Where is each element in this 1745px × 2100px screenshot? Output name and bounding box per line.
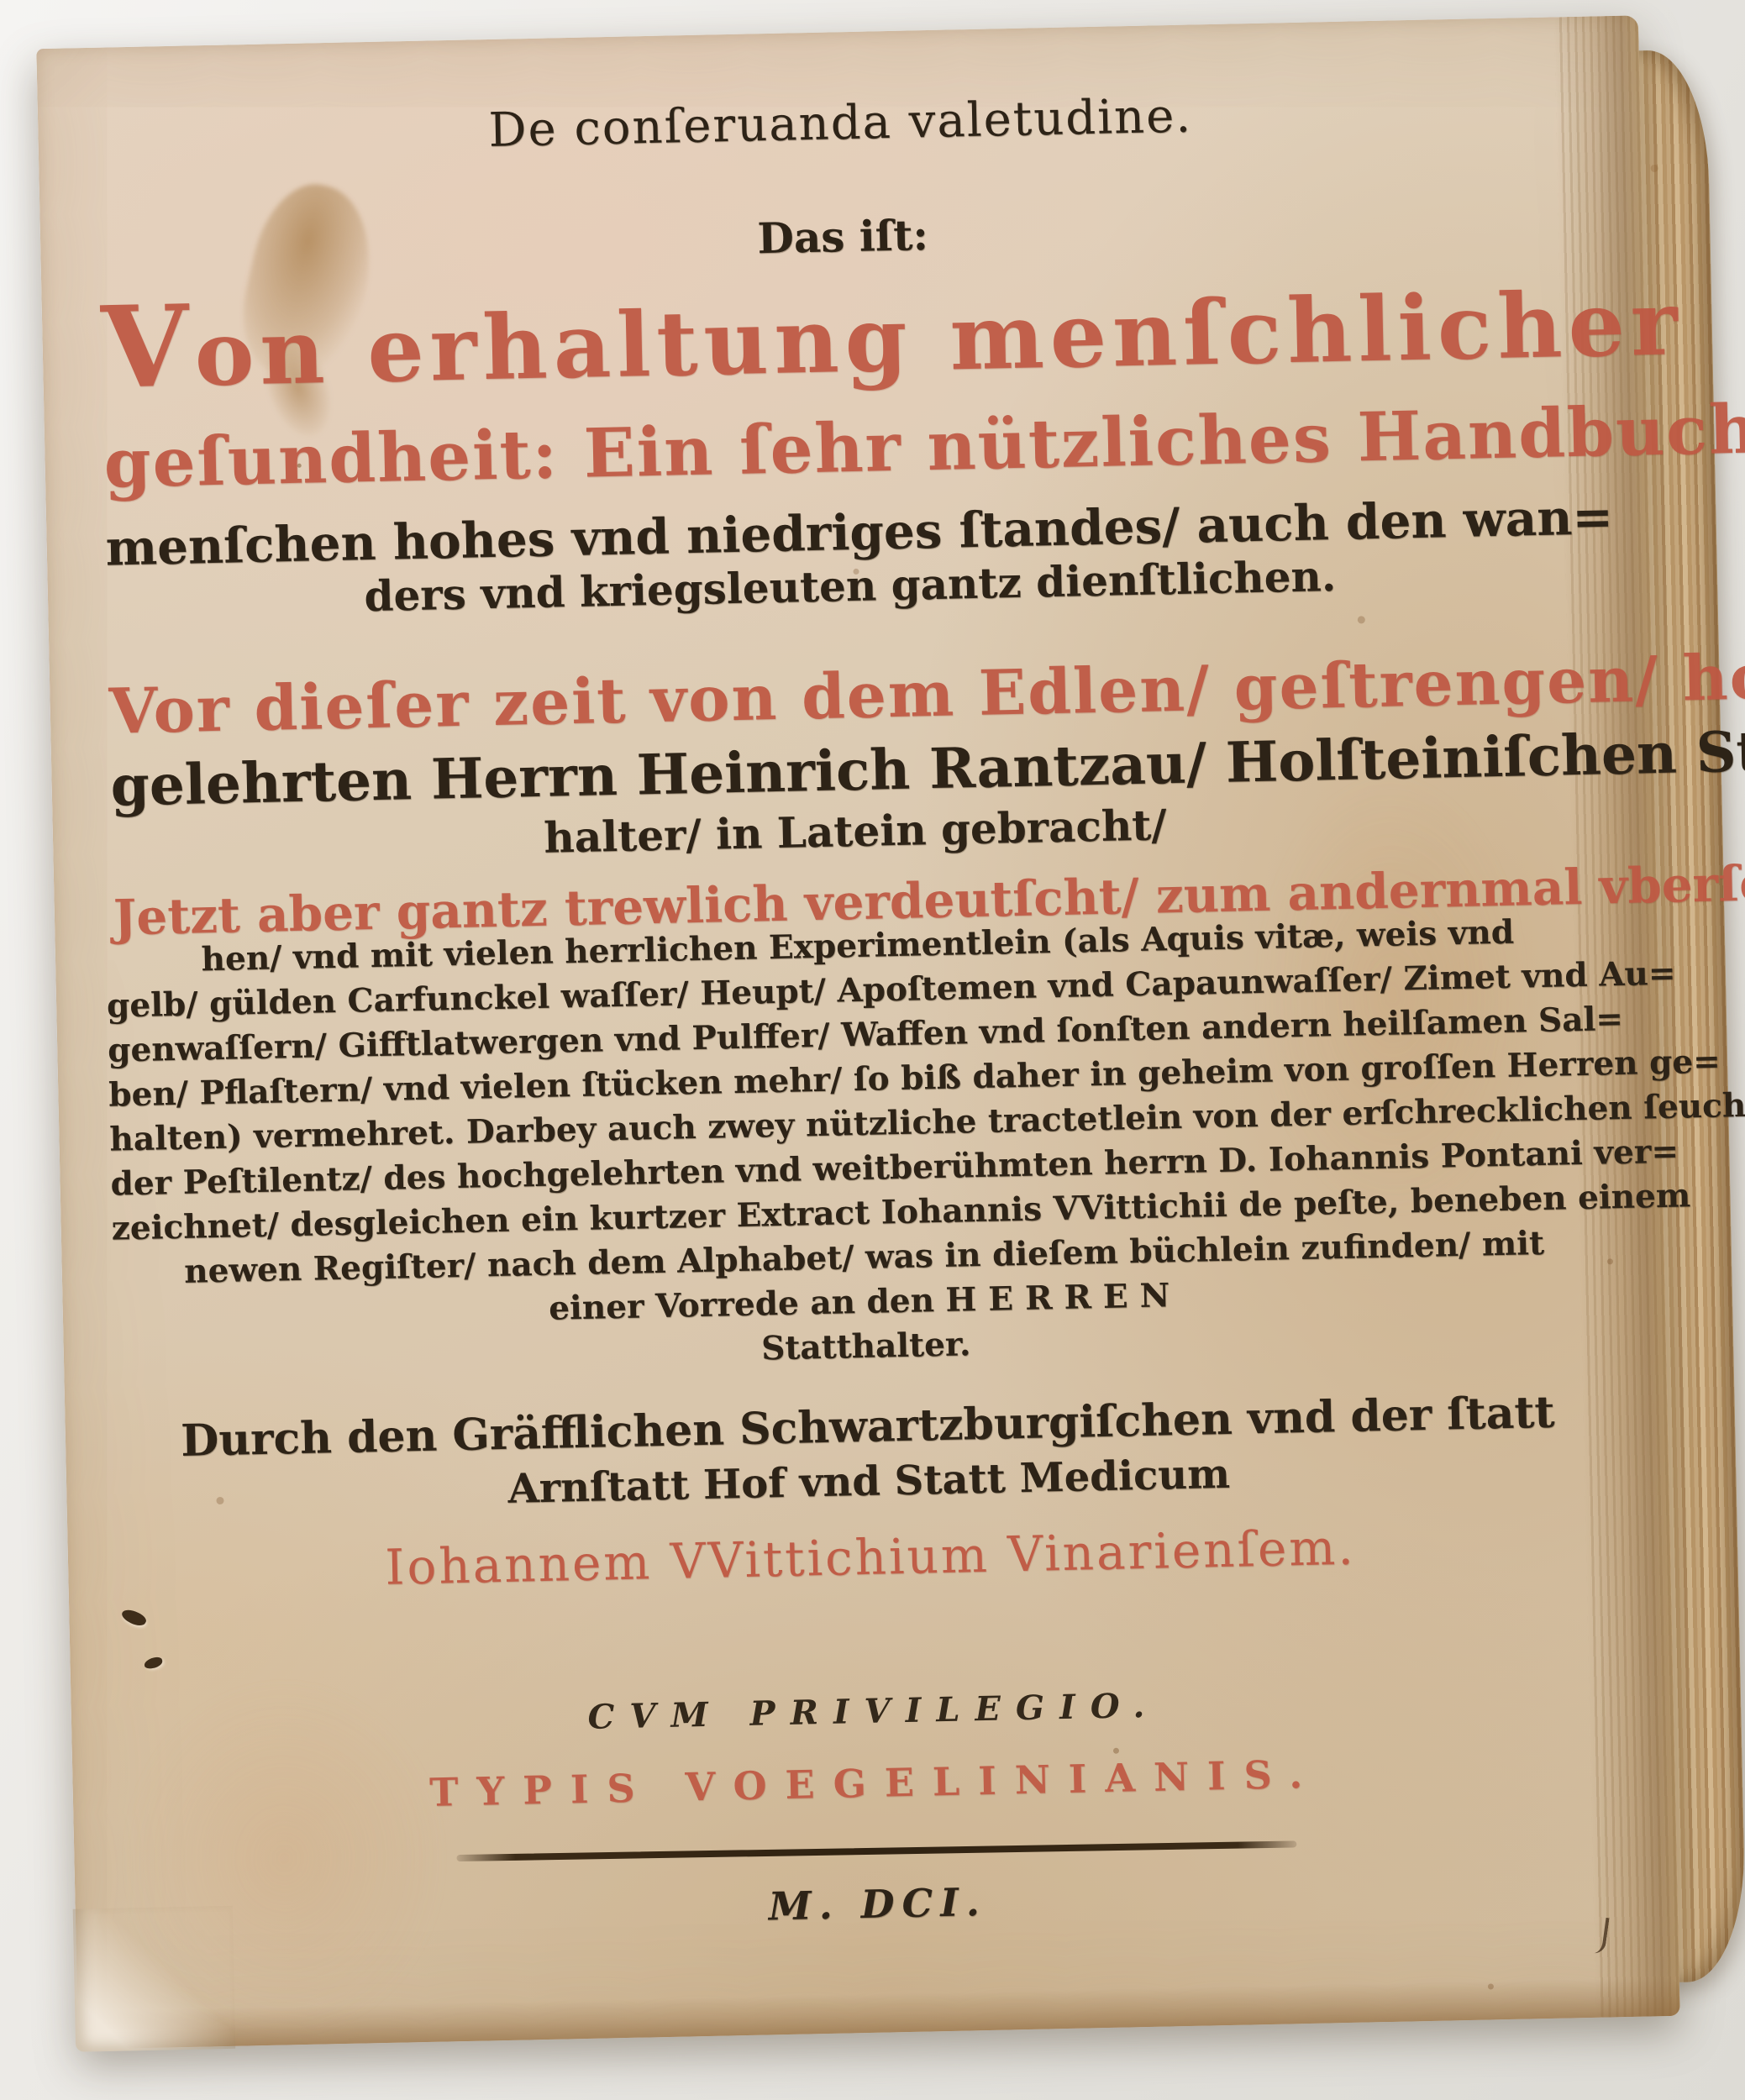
title-page: De conſeruanda valetudine. Das iſt: Von … — [36, 15, 1679, 2049]
photo-of-book-title-page: De conſeruanda valetudine. Das iſt: Von … — [0, 0, 1745, 2100]
vorrede-prefix: einer Vorrede an den — [549, 1281, 946, 1328]
wormhole — [120, 1606, 149, 1629]
title-page-text: De conſeruanda valetudine. Das iſt: Von … — [95, 17, 1582, 48]
cum-privilegio-line: CVM PRIVILEGIO. — [130, 1676, 1618, 1746]
description-paragraph: hen/ vnd mit vielen herrlichen Experimen… — [105, 908, 1618, 1384]
herren-spaced-caps: HERREN — [945, 1276, 1182, 1320]
horizontal-rule — [456, 1840, 1296, 1861]
wormhole — [143, 1656, 163, 1670]
latin-title: De conſeruanda valetudine. — [97, 81, 1585, 166]
author-name-red: Iohannem VVittichium Vinarienſem. — [127, 1513, 1615, 1601]
